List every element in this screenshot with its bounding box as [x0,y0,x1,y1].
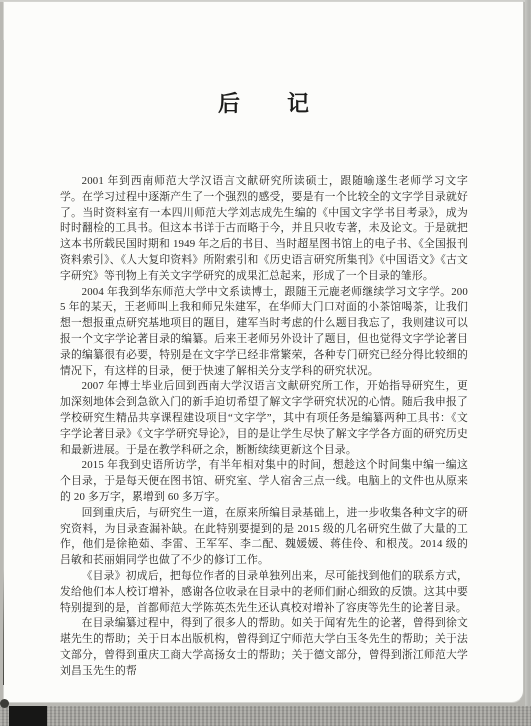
scan-corner-mark [0,699,9,708]
afterword-body: 2001 年到西南师范大学汉语言文献研究所读硕士，跟随喻遂生老师学习文字学。在学… [60,174,468,680]
afterword-paragraph-6: 《目录》初成后，把每位作者的目录单独列出来，尽可能找到他们的联系方式，发给他们本… [60,569,468,616]
afterword-paragraph-2: 2004 年我到华东师范大学中文系读博士，跟随王元鹿老师继续学习文字学。2005… [60,285,468,380]
scan-edge-right [525,0,531,726]
scan-edge-left [3,40,4,685]
scan-corner-block [9,706,47,726]
scanned-page: 后 记 2001 年到西南师范大学汉语言文献研究所读硕士，跟随喻遂生老师学习文字… [0,0,531,726]
afterword-paragraph-7: 在目录编纂过程中，得到了很多人的帮助。如关于闻宥先生的论著，曾得到徐文堪先生的帮… [60,616,468,679]
page-title: 后 记 [60,90,468,117]
afterword-paragraph-5: 回到重庆后，与研究生一道，在原来所编目录基础上，进一步收集各种文字的研究资料，为… [60,506,468,569]
page-content: 后 记 2001 年到西南师范大学汉语言文献研究所读硕士，跟随喻遂生老师学习文字… [60,90,468,680]
afterword-paragraph-1: 2001 年到西南师范大学汉语言文献研究所读硕士，跟随喻遂生老师学习文字学。在学… [60,174,468,285]
scan-edge-bottom [0,706,531,726]
afterword-paragraph-4: 2015 年我到史语所访学，有半年相对集中的时间，想趁这个时间集中编一编这个目录… [60,458,468,505]
afterword-paragraph-3: 2007 年博士毕业后回到西南大学汉语言文献研究所工作，开始指导研究生，更加深刻… [60,379,468,458]
